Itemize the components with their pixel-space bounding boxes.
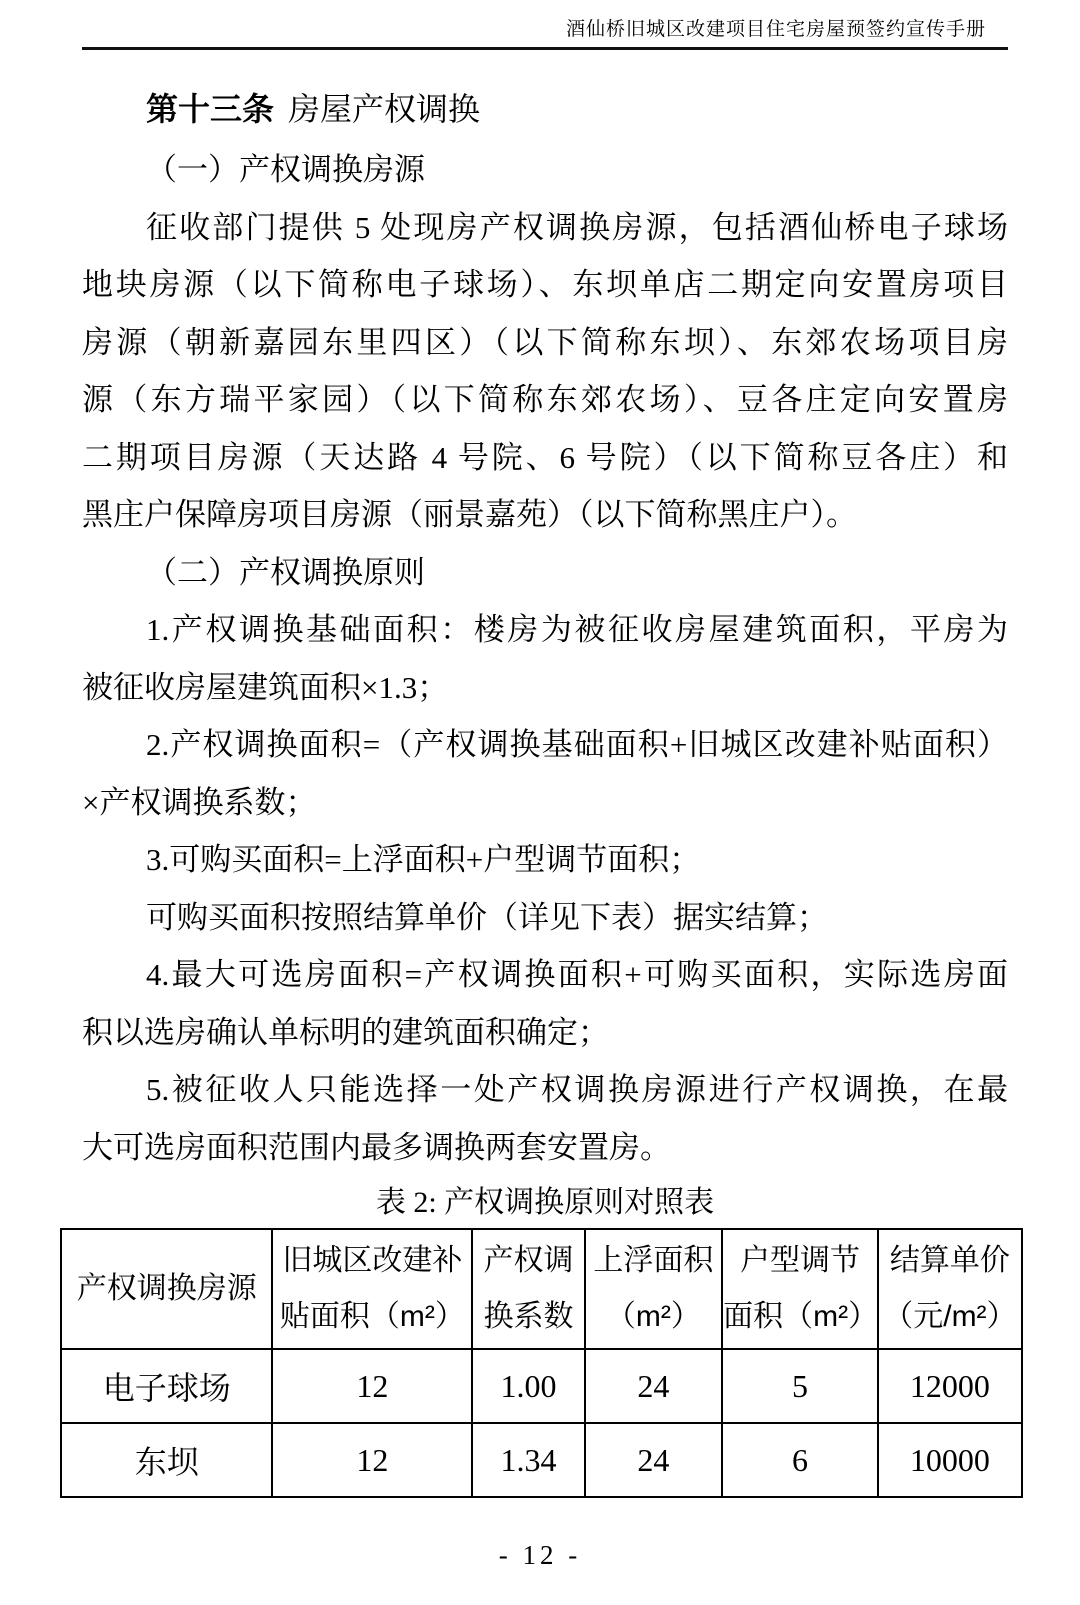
cell-unit-price: 10000 [878, 1423, 1022, 1497]
cell-upfloat-area: 24 [585, 1349, 722, 1423]
rule-1: 1.产权调换基础面积：楼房为被征收房屋建筑面积，平房为 被征收房屋建筑面积×1.… [82, 601, 1008, 716]
paragraph-line: 征收部门提供 5 处现房产权调换房源，包括酒仙桥电子球场 [82, 199, 1008, 257]
heading-title: 房屋产权调换 [288, 91, 480, 127]
rule-line: 积以选房确认单标明的建筑面积确定； [82, 1004, 1008, 1062]
paragraph-line: 源（东方瑞平家园）（以下简称东郊农场）、豆各庄定向安置房 [82, 371, 1008, 429]
rule-line: 3.可购买面积=上浮面积+户型调节面积； [82, 831, 1008, 889]
rule-line: ×产权调换系数； [82, 774, 1008, 832]
col-header-upfloat-area: 上浮面积 （m²） [585, 1229, 722, 1349]
col-header-subsidy-area: 旧城区改建补 贴面积（m²） [272, 1229, 472, 1349]
cell-source: 东坝 [61, 1423, 272, 1497]
cell-subsidy-area: 12 [272, 1349, 472, 1423]
rule-line: 5.被征收人只能选择一处产权调换房源进行产权调换，在最 [82, 1061, 1008, 1119]
cell-unit-adjust-area: 6 [722, 1423, 878, 1497]
cell-source: 电子球场 [61, 1349, 272, 1423]
section1-paragraph: 征收部门提供 5 处现房产权调换房源，包括酒仙桥电子球场 地块房源（以下简称电子… [82, 199, 1008, 544]
cell-unit-price: 12000 [878, 1349, 1022, 1423]
paragraph-line: 黑庄户保障房项目房源（丽景嘉苑）（以下简称黑庄户）。 [82, 486, 1008, 544]
rule-line: 4.最大可选房面积=产权调换面积+可购买面积，实际选房面 [82, 946, 1008, 1004]
rule-4: 4.最大可选房面积=产权调换面积+可购买面积，实际选房面 积以选房确认单标明的建… [82, 946, 1008, 1061]
heading-number: 第十三条 [146, 91, 274, 127]
paragraph-line: 二期项目房源（天达路 4 号院、6 号院）（以下简称豆各庄）和 [82, 429, 1008, 487]
table-caption: 表 2: 产权调换原则对照表 [82, 1180, 1008, 1226]
rule-line: 可购买面积按照结算单价（详见下表）据实结算； [82, 889, 1008, 947]
table-header-row: 产权调换房源 旧城区改建补 贴面积（m²） 产权调 换系数 上浮面积 （m²） … [61, 1229, 1022, 1349]
col-header-coefficient: 产权调 换系数 [472, 1229, 584, 1349]
table-row: 东坝 12 1.34 24 6 10000 [61, 1423, 1022, 1497]
page-number: - 12 - [499, 1540, 581, 1570]
cell-coefficient: 1.34 [472, 1423, 584, 1497]
article-heading: 第十三条房屋产权调换 [82, 84, 1008, 135]
cell-upfloat-area: 24 [585, 1423, 722, 1497]
rule-2: 2.产权调换面积=（产权调换基础面积+旧城区改建补贴面积） ×产权调换系数； [82, 716, 1008, 831]
article-body: 第十三条房屋产权调换 （一）产权调换房源 征收部门提供 5 处现房产权调换房源，… [82, 84, 1008, 1498]
rule-line: 大可选房面积范围内最多调换两套安置房。 [82, 1119, 1008, 1177]
col-header-source: 产权调换房源 [61, 1229, 272, 1349]
rule-3: 3.可购买面积=上浮面积+户型调节面积； [82, 831, 1008, 889]
rule-3-note: 可购买面积按照结算单价（详见下表）据实结算； [82, 889, 1008, 947]
paragraph-line: 房源（朝新嘉园东里四区）（以下简称东坝）、东郊农场项目房 [82, 314, 1008, 372]
rule-line: 2.产权调换面积=（产权调换基础面积+旧城区改建补贴面积） [82, 716, 1008, 774]
rule-line: 被征收房屋建筑面积×1.3； [82, 659, 1008, 717]
rule-5: 5.被征收人只能选择一处产权调换房源进行产权调换，在最 大可选房面积范围内最多调… [82, 1061, 1008, 1176]
col-header-unit-price: 结算单价 （元/m²） [878, 1229, 1022, 1349]
document-page: 酒仙桥旧城区改建项目住宅房屋预签约宣传手册 第十三条房屋产权调换 （一）产权调换… [0, 0, 1080, 1605]
section1-title: （一）产权调换房源 [82, 141, 1008, 199]
table-row: 电子球场 12 1.00 24 5 12000 [61, 1349, 1022, 1423]
col-header-unit-adjust-area: 户型调节 面积（m²） [722, 1229, 878, 1349]
cell-coefficient: 1.00 [472, 1349, 584, 1423]
rule-line: 1.产权调换基础面积：楼房为被征收房屋建筑面积，平房为 [82, 601, 1008, 659]
paragraph-line: 地块房源（以下简称电子球场）、东坝单店二期定向安置房项目 [82, 256, 1008, 314]
header-title: 酒仙桥旧城区改建项目住宅房屋预签约宣传手册 [566, 19, 986, 40]
exchange-rules-table: 产权调换房源 旧城区改建补 贴面积（m²） 产权调 换系数 上浮面积 （m²） … [60, 1228, 1023, 1498]
cell-unit-adjust-area: 5 [722, 1349, 878, 1423]
page-footer: - 12 - [0, 1540, 1080, 1571]
cell-subsidy-area: 12 [272, 1423, 472, 1497]
section2-title: （二）产权调换原则 [82, 544, 1008, 602]
page-header: 酒仙桥旧城区改建项目住宅房屋预签约宣传手册 [82, 0, 1008, 50]
